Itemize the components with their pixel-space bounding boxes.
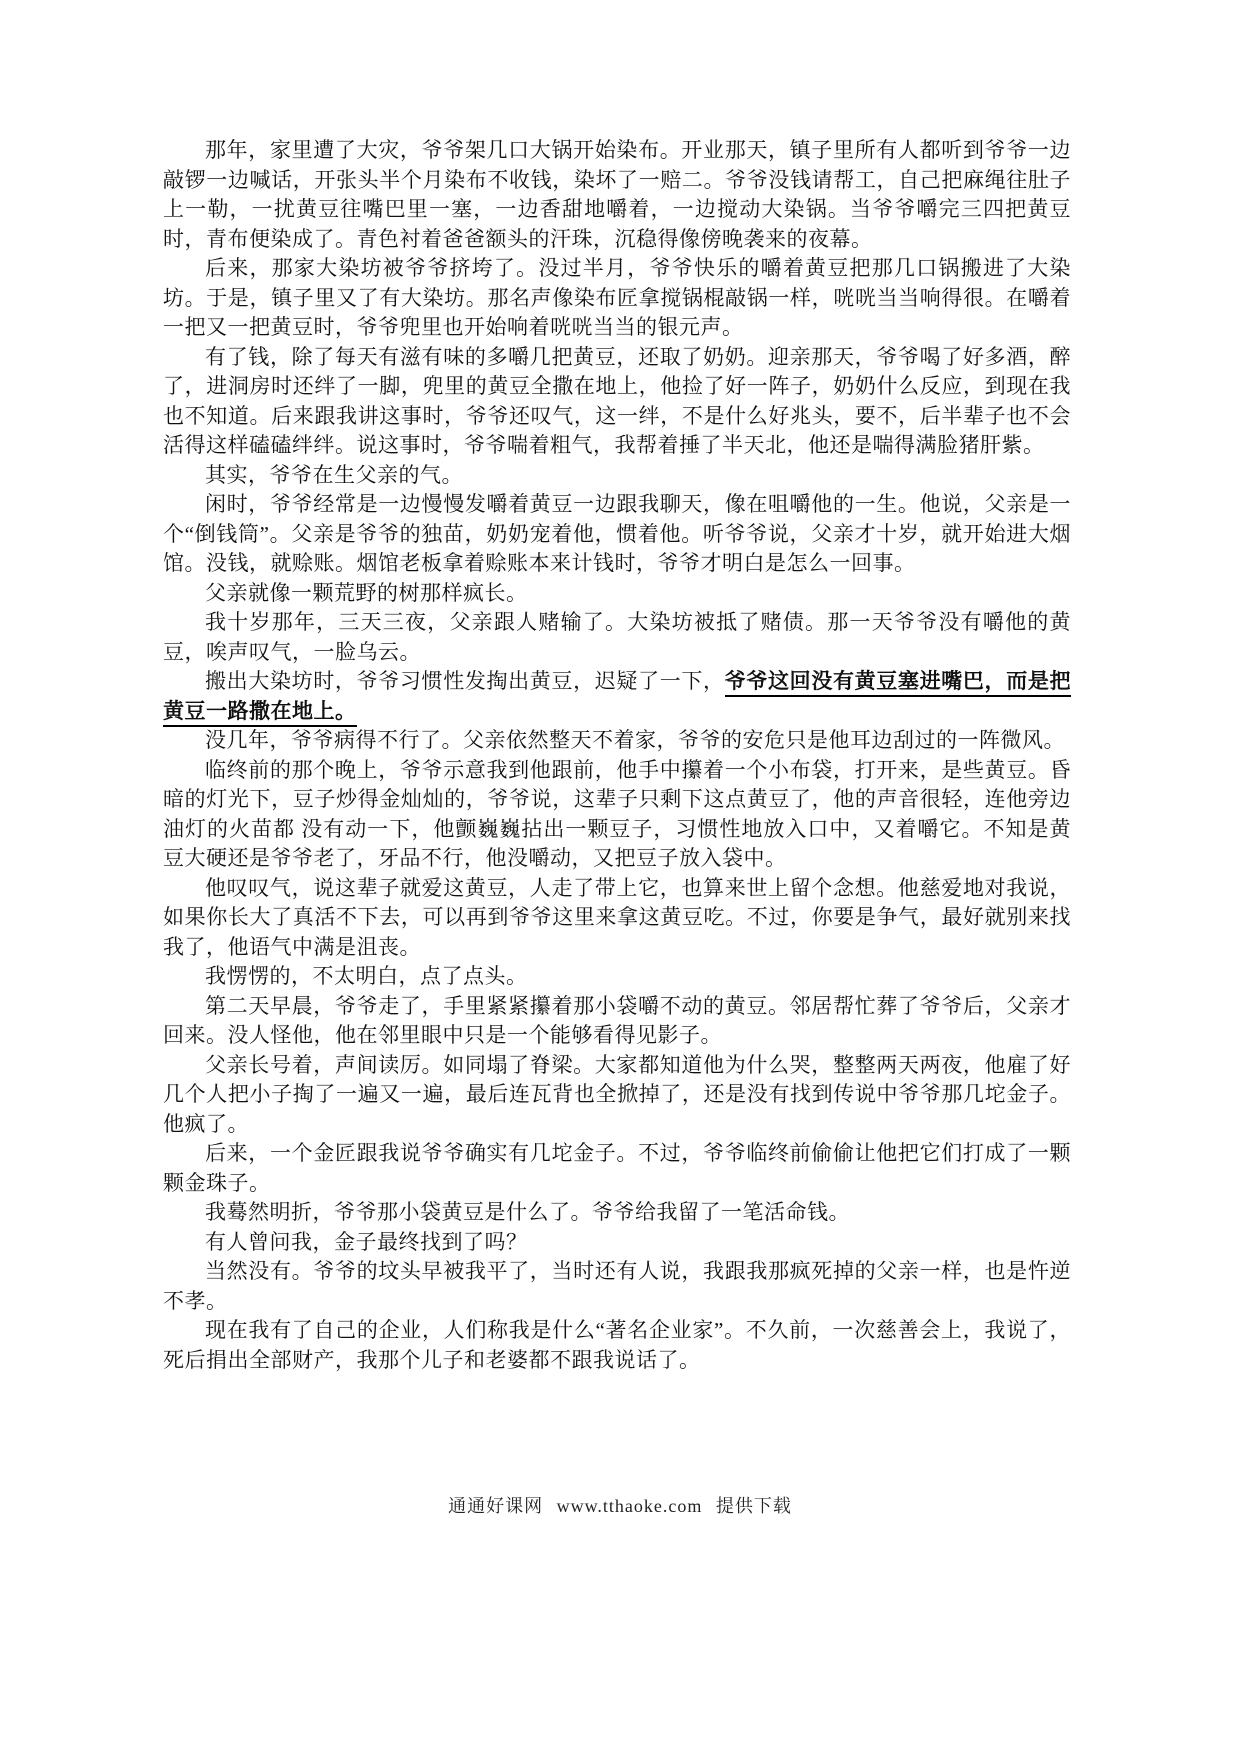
- paragraph: 搬出大染坊时，爷爷习惯性发掏出黄豆，迟疑了一下，爷爷这回没有黄豆塞进嘴巴，而是把…: [163, 667, 1071, 726]
- paragraph: 临终前的那个晚上，爷爷示意我到他跟前，他手中攥着一个小布袋，打开来，是些黄豆。昏…: [163, 756, 1071, 874]
- paragraph: 那年，家里遭了大灾，爷爷架几口大锅开始染布。开业那天，镇子里所有人都听到爷爷一边…: [163, 136, 1071, 254]
- paragraph: 闲时，爷爷经常是一边慢慢发嚼着黄豆一边跟我聊天，像在咀嚼他的一生。他说，父亲是一…: [163, 490, 1071, 579]
- text-segment: 现在我有了自己的企业，人们称我是什么“著名企业家”。不久前，一次慈善会上，我说了…: [163, 1318, 1071, 1372]
- paragraph: 我十岁那年，三天三夜，父亲跟人赌输了。大染坊被抵了赌债。那一天爷爷没有嚼他的黄豆…: [163, 608, 1071, 667]
- text-segment: 我十岁那年，三天三夜，父亲跟人赌输了。大染坊被抵了赌债。那一天爷爷没有嚼他的黄豆…: [163, 610, 1071, 664]
- paragraph: 我愣愣的，不太明白，点了点头。: [163, 962, 1071, 992]
- paragraph: 有人曾问我，金子最终找到了吗？: [163, 1228, 1071, 1258]
- paragraph: 其实，爷爷在生父亲的气。: [163, 461, 1071, 491]
- text-segment: 有人曾问我，金子最终找到了吗？: [205, 1230, 528, 1254]
- text-segment: 他叹叹气，说这辈子就爱这黄豆，人走了带上它，也算来世上留个念想。他慈爱地对我说，…: [163, 876, 1071, 959]
- paragraph: 后来，一个金匠跟我说爷爷确实有几坨金子。不过，爷爷临终前偷偷让他把它们打成了一颗…: [163, 1139, 1071, 1198]
- text-segment: 当然没有。爷爷的坟头早被我平了，当时还有人说，我跟我那疯死掉的父亲一样，也是忤逆…: [163, 1259, 1071, 1313]
- text-segment: 父亲就像一颗荒野的树那样疯长。: [205, 581, 528, 605]
- paragraph: 父亲就像一颗荒野的树那样疯长。: [163, 579, 1071, 609]
- paragraph: 父亲长号着，声间读厉。如同塌了脊梁。大家都知道他为什么哭，整整两天两夜，他雇了好…: [163, 1051, 1071, 1140]
- footer-credit: 通通好课网 www.tthaoke.com 提供下载: [0, 1492, 1240, 1518]
- text-segment: 后来，一个金匠跟我说爷爷确实有几坨金子。不过，爷爷临终前偷偷让他把它们打成了一颗…: [163, 1141, 1071, 1195]
- text-segment: 父亲长号着，声间读厉。如同塌了脊梁。大家都知道他为什么哭，整整两天两夜，他雇了好…: [163, 1053, 1071, 1136]
- text-segment: 有了钱，除了每天有滋有味的多嚼几把黄豆，还取了奶奶。迎亲那天，爷爷喝了好多酒，醉…: [163, 345, 1071, 458]
- text-segment: 没几年，爷爷病得不行了。父亲依然整天不着家，爷爷的安危只是他耳边刮过的一阵微风。: [205, 728, 1065, 752]
- text-segment: 后来，那家大染坊被爷爷挤垮了。没过半月，爷爷快乐的嚼着黄豆把那几口锅搬进了大染坊…: [163, 256, 1071, 339]
- paragraph: 没几年，爷爷病得不行了。父亲依然整天不着家，爷爷的安危只是他耳边刮过的一阵微风。: [163, 726, 1071, 756]
- text-segment: 临终前的那个晚上，爷爷示意我到他跟前，他手中攥着一个小布袋，打开来，是些黄豆。昏…: [163, 758, 1071, 871]
- paragraph: 我蓦然明折，爷爷那小袋黄豆是什么了。爷爷给我留了一笔活命钱。: [163, 1198, 1071, 1228]
- footer-url: www.tthaoke.com: [557, 1496, 703, 1516]
- text-segment: 我蓦然明折，爷爷那小袋黄豆是什么了。爷爷给我留了一笔活命钱。: [205, 1200, 850, 1224]
- paragraph: 他叹叹气，说这辈子就爱这黄豆，人走了带上它，也算来世上留个念想。他慈爱地对我说，…: [163, 874, 1071, 963]
- footer-suffix: 提供下载: [716, 1496, 792, 1516]
- text-segment: 那年，家里遭了大灾，爷爷架几口大锅开始染布。开业那天，镇子里所有人都听到爷爷一边…: [163, 138, 1071, 251]
- paragraph: 当然没有。爷爷的坟头早被我平了，当时还有人说，我跟我那疯死掉的父亲一样，也是忤逆…: [163, 1257, 1071, 1316]
- paragraph: 现在我有了自己的企业，人们称我是什么“著名企业家”。不久前，一次慈善会上，我说了…: [163, 1316, 1071, 1375]
- paragraph: 第二天早晨，爷爷走了，手里紧紧攥着那小袋嚼不动的黄豆。邻居帮忙葬了爷爷后，父亲才…: [163, 992, 1071, 1051]
- text-segment: 第二天早晨，爷爷走了，手里紧紧攥着那小袋嚼不动的黄豆。邻居帮忙葬了爷爷后，父亲才…: [163, 994, 1071, 1048]
- passage-body: 那年，家里遭了大灾，爷爷架几口大锅开始染布。开业那天，镇子里所有人都听到爷爷一边…: [163, 136, 1071, 1375]
- text-segment: 我愣愣的，不太明白，点了点头。: [205, 964, 528, 988]
- paragraph: 有了钱，除了每天有滋有味的多嚼几把黄豆，还取了奶奶。迎亲那天，爷爷喝了好多酒，醉…: [163, 343, 1071, 461]
- document-page: 那年，家里遭了大灾，爷爷架几口大锅开始染布。开业那天，镇子里所有人都听到爷爷一边…: [0, 0, 1240, 1754]
- footer-site-name: 通通好课网: [448, 1496, 543, 1516]
- paragraph: 后来，那家大染坊被爷爷挤垮了。没过半月，爷爷快乐的嚼着黄豆把那几口锅搬进了大染坊…: [163, 254, 1071, 343]
- text-segment: 其实，爷爷在生父亲的气。: [205, 463, 463, 487]
- text-segment: 闲时，爷爷经常是一边慢慢发嚼着黄豆一边跟我聊天，像在咀嚼他的一生。他说，父亲是一…: [163, 492, 1071, 575]
- text-segment: 搬出大染坊时，爷爷习惯性发掏出黄豆，迟疑了一下，: [205, 669, 725, 693]
